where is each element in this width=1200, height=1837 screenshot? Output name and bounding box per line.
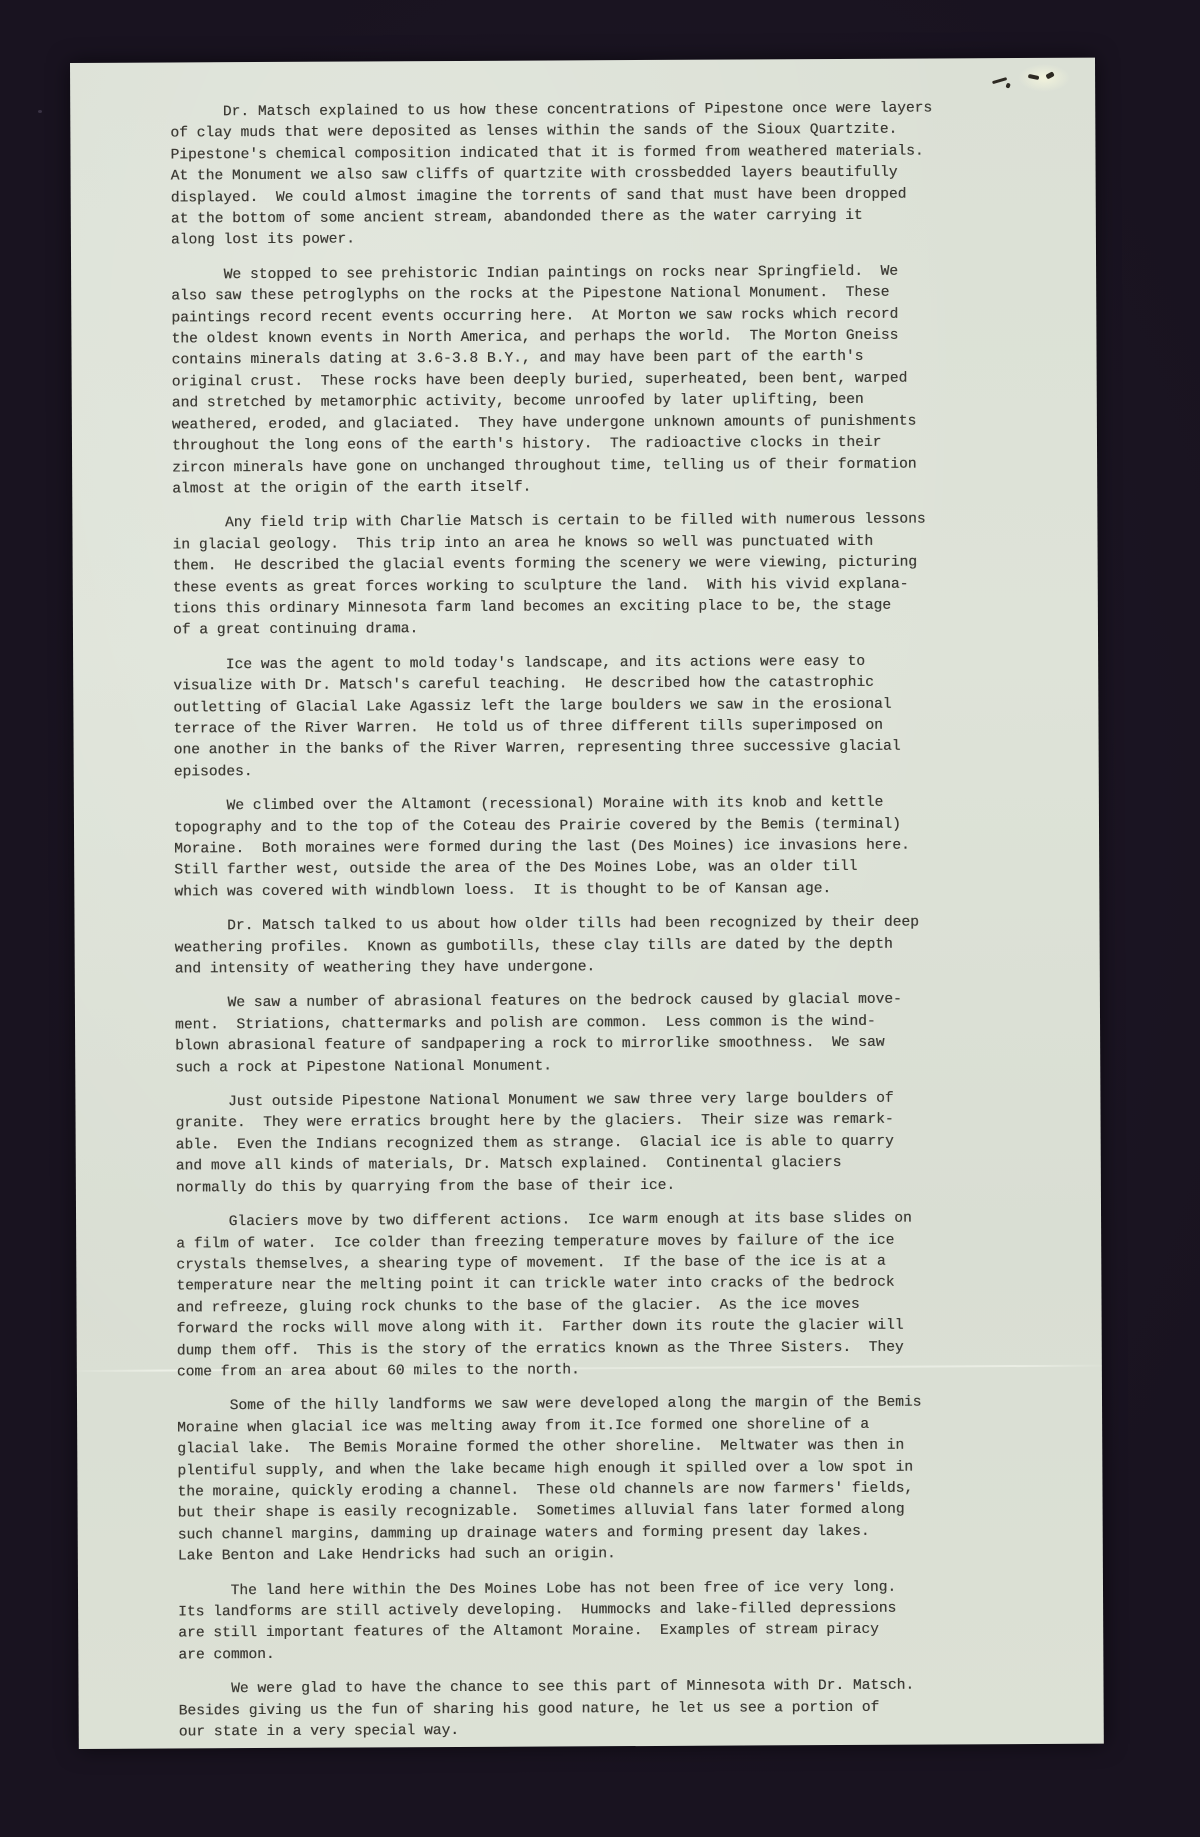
scan-background: Dr. Matsch explained to us how these con…: [0, 0, 1200, 1837]
typewritten-text: Dr. Matsch explained to us how these con…: [70, 58, 1104, 1758]
paragraph-3: Any field trip with Charlie Matsch is ce…: [172, 509, 1038, 642]
paragraph-2: We stopped to see prehistoric Indian pai…: [171, 261, 1037, 501]
paragraph-9: Glaciers move by two different actions. …: [176, 1208, 1042, 1384]
document-page: Dr. Matsch explained to us how these con…: [70, 58, 1104, 1749]
paragraph-12: We were glad to have the chance to see t…: [178, 1675, 1043, 1744]
paragraph-4: Ice was the agent to mold today's landsc…: [173, 651, 1039, 784]
paragraph-5: We climbed over the Altamont (recessiona…: [174, 792, 1040, 904]
paragraph-1: Dr. Matsch explained to us how these con…: [170, 98, 1036, 252]
paragraph-11: The land here within the Des Moines Lobe…: [178, 1577, 1043, 1667]
paragraph-10: Some of the hilly landforms we saw were …: [177, 1392, 1043, 1568]
background-speck: [38, 110, 42, 113]
paragraph-7: We saw a number of abrasional features o…: [175, 989, 1040, 1079]
paragraph-8: Just outside Pipestone National Monument…: [175, 1088, 1041, 1200]
paragraph-6: Dr. Matsch talked to us about how older …: [174, 912, 1039, 981]
